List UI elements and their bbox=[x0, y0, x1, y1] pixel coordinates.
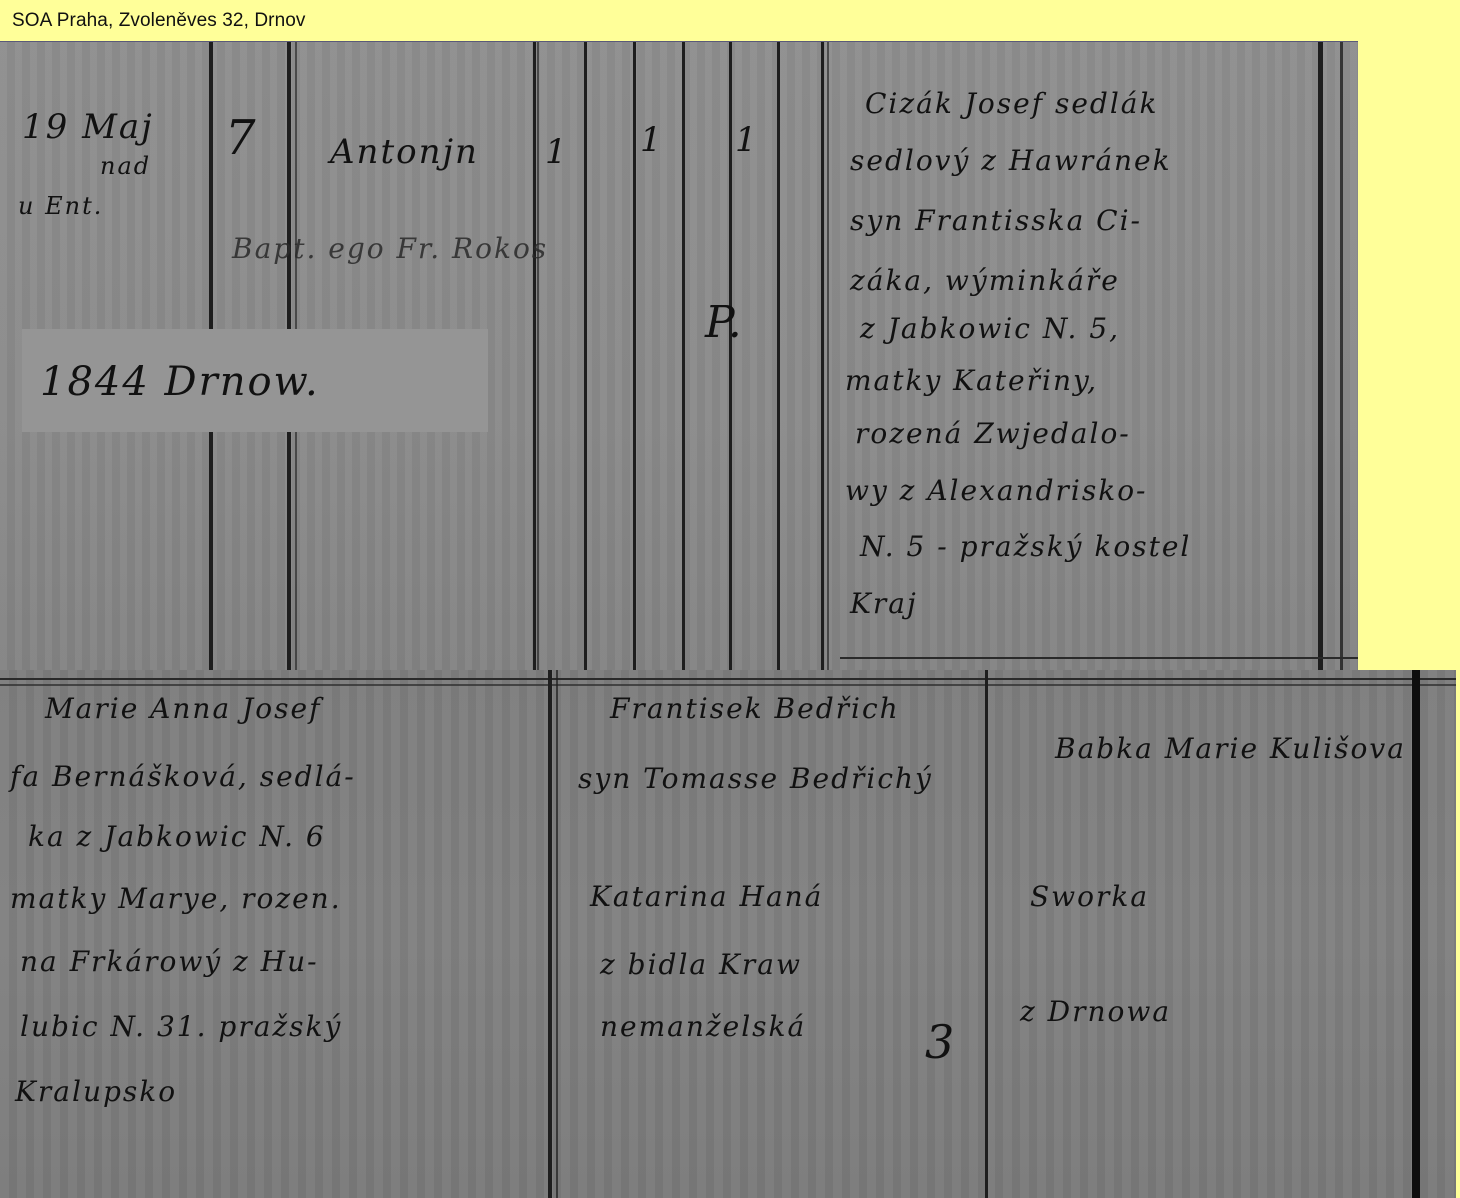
row-line bbox=[840, 657, 1358, 659]
legitimacy-mark: 1 bbox=[735, 120, 759, 160]
godparent-line: Frantisek Bedřich bbox=[610, 692, 900, 725]
godparent-number: 3 bbox=[925, 1015, 956, 1069]
godparent-line: z bidla Kraw bbox=[600, 948, 802, 981]
year-place-text: 1844 Drnow. bbox=[40, 359, 320, 405]
father-line: wy z Alexandrisko- bbox=[845, 474, 1148, 507]
father-line: Kraj bbox=[850, 587, 918, 620]
column-line bbox=[1340, 42, 1343, 671]
column-line bbox=[985, 670, 988, 1198]
mother-line: lubic N. 31. pražský bbox=[20, 1010, 342, 1043]
father-line: sedlový z Hawránek bbox=[850, 144, 1172, 177]
mother-line: fa Bernášková, sedlá- bbox=[10, 760, 356, 793]
father-line: N. 5 - pražský kostel bbox=[860, 530, 1191, 563]
father-line: Cizák Josef sedlák bbox=[865, 87, 1158, 120]
entry-date: 19 Maj bbox=[22, 107, 154, 147]
father-line: syn Frantisska Ci- bbox=[850, 204, 1142, 237]
column-line bbox=[1318, 42, 1323, 671]
godparent-line: syn Tomasse Bedřichý bbox=[578, 762, 933, 795]
column-line bbox=[533, 42, 536, 671]
column-line bbox=[633, 42, 636, 671]
house-number: 7 bbox=[225, 110, 258, 166]
mother-line: na Frkárowý z Hu- bbox=[20, 945, 319, 978]
entry-date-line-3: u Ent. bbox=[18, 192, 103, 220]
column-line bbox=[827, 42, 829, 671]
archive-caption: SOA Praha, Zvoleněves 32, Drnov bbox=[12, 10, 306, 32]
father-line: z Jabkowic N. 5, bbox=[860, 312, 1120, 345]
register-scan-top: 19 Maj nad u Ent. 7 Antonjn 1 1 1 Bapt. … bbox=[0, 41, 1358, 671]
father-line: záka, wýminkáře bbox=[850, 264, 1120, 297]
baptizer-note: Bapt. ego Fr. Rokos bbox=[232, 232, 548, 265]
column-line bbox=[821, 42, 824, 671]
mother-line: Kralupsko bbox=[15, 1075, 177, 1108]
midwife-line: Sworka bbox=[1030, 880, 1149, 913]
mother-line: matky Marye, rozen. bbox=[10, 882, 342, 915]
year-place-label: 1844 Drnow. bbox=[22, 329, 488, 432]
midwife-line: Babka Marie Kulišova bbox=[1055, 732, 1406, 765]
religion-mark: 1 bbox=[545, 132, 569, 172]
midwife-line: z Drnowa bbox=[1020, 995, 1171, 1028]
column-line bbox=[537, 42, 539, 671]
father-line: matky Kateřiny, bbox=[845, 364, 1098, 397]
column-line bbox=[729, 42, 732, 671]
mother-line: ka z Jabkowic N. 6 bbox=[28, 820, 326, 853]
column-line bbox=[682, 42, 685, 671]
child-name: Antonjn bbox=[330, 132, 479, 172]
row-line bbox=[0, 684, 1456, 686]
initials: P. bbox=[705, 297, 744, 348]
godparent-line: nemanželská bbox=[600, 1010, 806, 1043]
sex-mark: 1 bbox=[640, 120, 664, 160]
entry-date-line-2: nad bbox=[100, 152, 151, 180]
father-line: rozená Zwjedalo- bbox=[855, 417, 1131, 450]
mother-line: Marie Anna Josef bbox=[45, 692, 321, 725]
column-line bbox=[1412, 670, 1420, 1198]
register-scan-bottom: Marie Anna Josef fa Bernášková, sedlá- k… bbox=[0, 670, 1456, 1198]
column-line bbox=[584, 42, 587, 671]
godparent-line: Katarina Haná bbox=[590, 880, 823, 913]
column-line bbox=[556, 670, 558, 1198]
column-line bbox=[548, 670, 552, 1198]
column-line bbox=[777, 42, 780, 671]
row-line bbox=[0, 678, 1456, 680]
